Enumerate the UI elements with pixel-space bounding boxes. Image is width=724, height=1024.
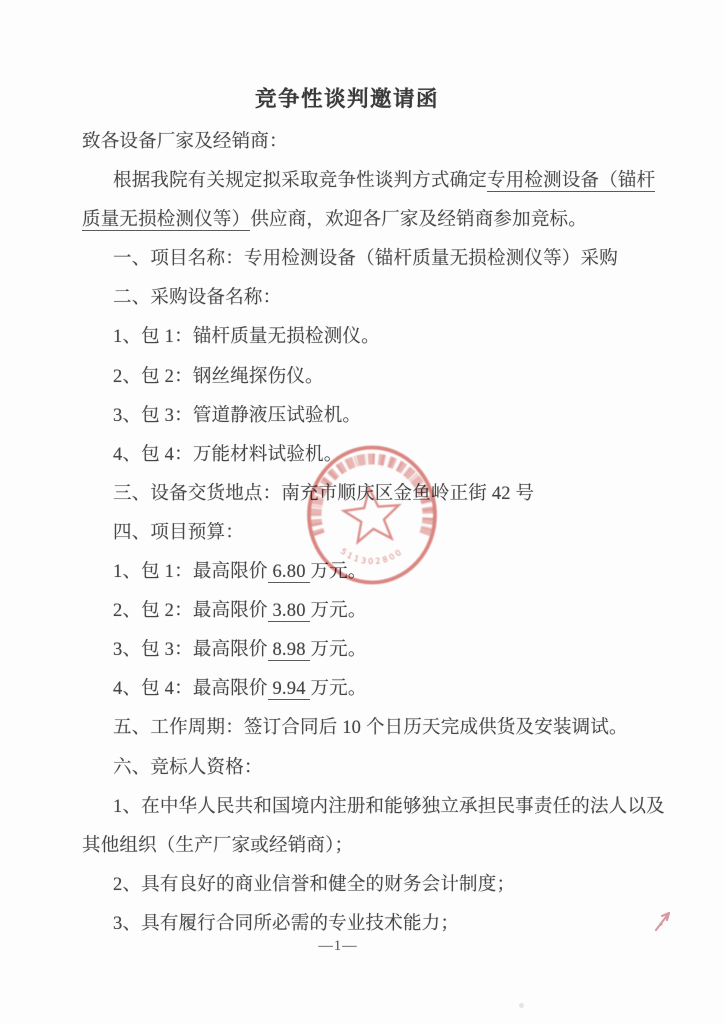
- text-line: 2、具有良好的商业信誉和健全的财务会计制度；: [82, 866, 654, 905]
- text-line: 2、包 2：最高限价 3.80 万元。: [82, 592, 654, 631]
- text-segment: 供应商，欢迎各厂家及经销商参加竞标。: [250, 210, 587, 230]
- seal-serial-number: 511302800: [339, 547, 405, 566]
- text-line: 1、包 1：锚杆质量无损检测仪。: [82, 318, 654, 357]
- text-line: 六、竞标人资格：: [82, 749, 654, 788]
- underlined-text: 专用检测设备（锚杆: [487, 171, 655, 192]
- text-line: 二、采购设备名称：: [82, 279, 654, 318]
- seal-ring-text-band: [316, 459, 428, 534]
- text-segment: 3、具有履行合同所必需的专业技术能力；: [113, 914, 459, 934]
- text-segment: 二、采购设备名称：: [113, 288, 281, 308]
- text-segment: 万元。: [310, 601, 366, 621]
- text-line: 五、工作周期：签订合同后 10 个日历天完成供货及安装调试。: [82, 709, 654, 748]
- text-segment: 2、具有良好的商业信誉和健全的财务会计制度；: [113, 875, 515, 895]
- text-line: 4、包 4：最高限价 9.94 万元。: [82, 670, 654, 709]
- text-segment: 一、项目名称：专用检测设备（锚杆质量无损检测仪等）采购: [113, 249, 618, 269]
- text-segment: 1、在中华人民共和国境内注册和能够独立承担民事责任的法人以及: [113, 797, 665, 817]
- text-line: 根据我院有关规定拟采取竞争性谈判方式确定专用检测设备（锚杆: [82, 162, 654, 201]
- text-segment: 六、竞标人资格：: [113, 758, 263, 778]
- pen-mark-icon: [652, 906, 676, 934]
- text-segment: 2、包 2：钢丝绳探伤仪。: [113, 367, 324, 387]
- text-segment: 1、包 1：锚杆质量无损检测仪。: [113, 327, 380, 347]
- text-segment: 2、包 2：最高限价: [113, 601, 268, 621]
- text-line: 3、包 3：管道静液压试验机。: [82, 397, 654, 436]
- underlined-text: 9.94: [268, 679, 311, 700]
- official-seal-stamp: 511302800: [300, 443, 444, 587]
- text-line: 1、在中华人民共和国境内注册和能够独立承担民事责任的法人以及: [82, 788, 654, 827]
- seal-star-icon: [342, 485, 402, 543]
- text-line: 质量无损检测仪等）供应商，欢迎各厂家及经销商参加竞标。: [82, 201, 654, 240]
- text-segment: 其他组织（生产厂家或经销商）；: [82, 836, 353, 856]
- scanned-document-page: 竞争性谈判邀请函 致各设备厂家及经销商：根据我院有关规定拟采取竞争性谈判方式确定…: [0, 0, 724, 1024]
- text-line: 2、包 2：钢丝绳探伤仪。: [82, 358, 654, 397]
- underlined-text: 质量无损检测仪等）: [82, 210, 250, 231]
- text-segment: 五、工作周期：签订合同后 10 个日历天完成供货及安装调试。: [113, 718, 628, 738]
- text-segment: 万元。: [310, 679, 366, 699]
- text-segment: 根据我院有关规定拟采取竞争性谈判方式确定: [113, 171, 487, 191]
- text-segment: 致各设备厂家及经销商：: [82, 132, 288, 152]
- text-line: 致各设备厂家及经销商：: [82, 123, 654, 162]
- underlined-text: 3.80: [268, 601, 311, 622]
- text-segment: 3、包 3：管道静液压试验机。: [113, 406, 361, 426]
- text-segment: 3、包 3：最高限价: [113, 640, 268, 660]
- text-line: 一、项目名称：专用检测设备（锚杆质量无损检测仪等）采购: [82, 240, 654, 279]
- text-line: 其他组织（生产厂家或经销商）；: [82, 827, 654, 866]
- underlined-text: 8.98: [268, 640, 311, 661]
- text-segment: 4、包 4：最高限价: [113, 679, 268, 699]
- text-line: 3、包 3：最高限价 8.98 万元。: [82, 631, 654, 670]
- document-title: 竞争性谈判邀请函: [0, 82, 694, 113]
- scan-speck: [519, 1003, 524, 1008]
- text-segment: 万元。: [310, 640, 366, 660]
- page-number: —1—: [0, 938, 676, 955]
- text-segment: 四、项目预算：: [113, 523, 244, 543]
- text-segment: 1、包 1：最高限价: [113, 562, 268, 582]
